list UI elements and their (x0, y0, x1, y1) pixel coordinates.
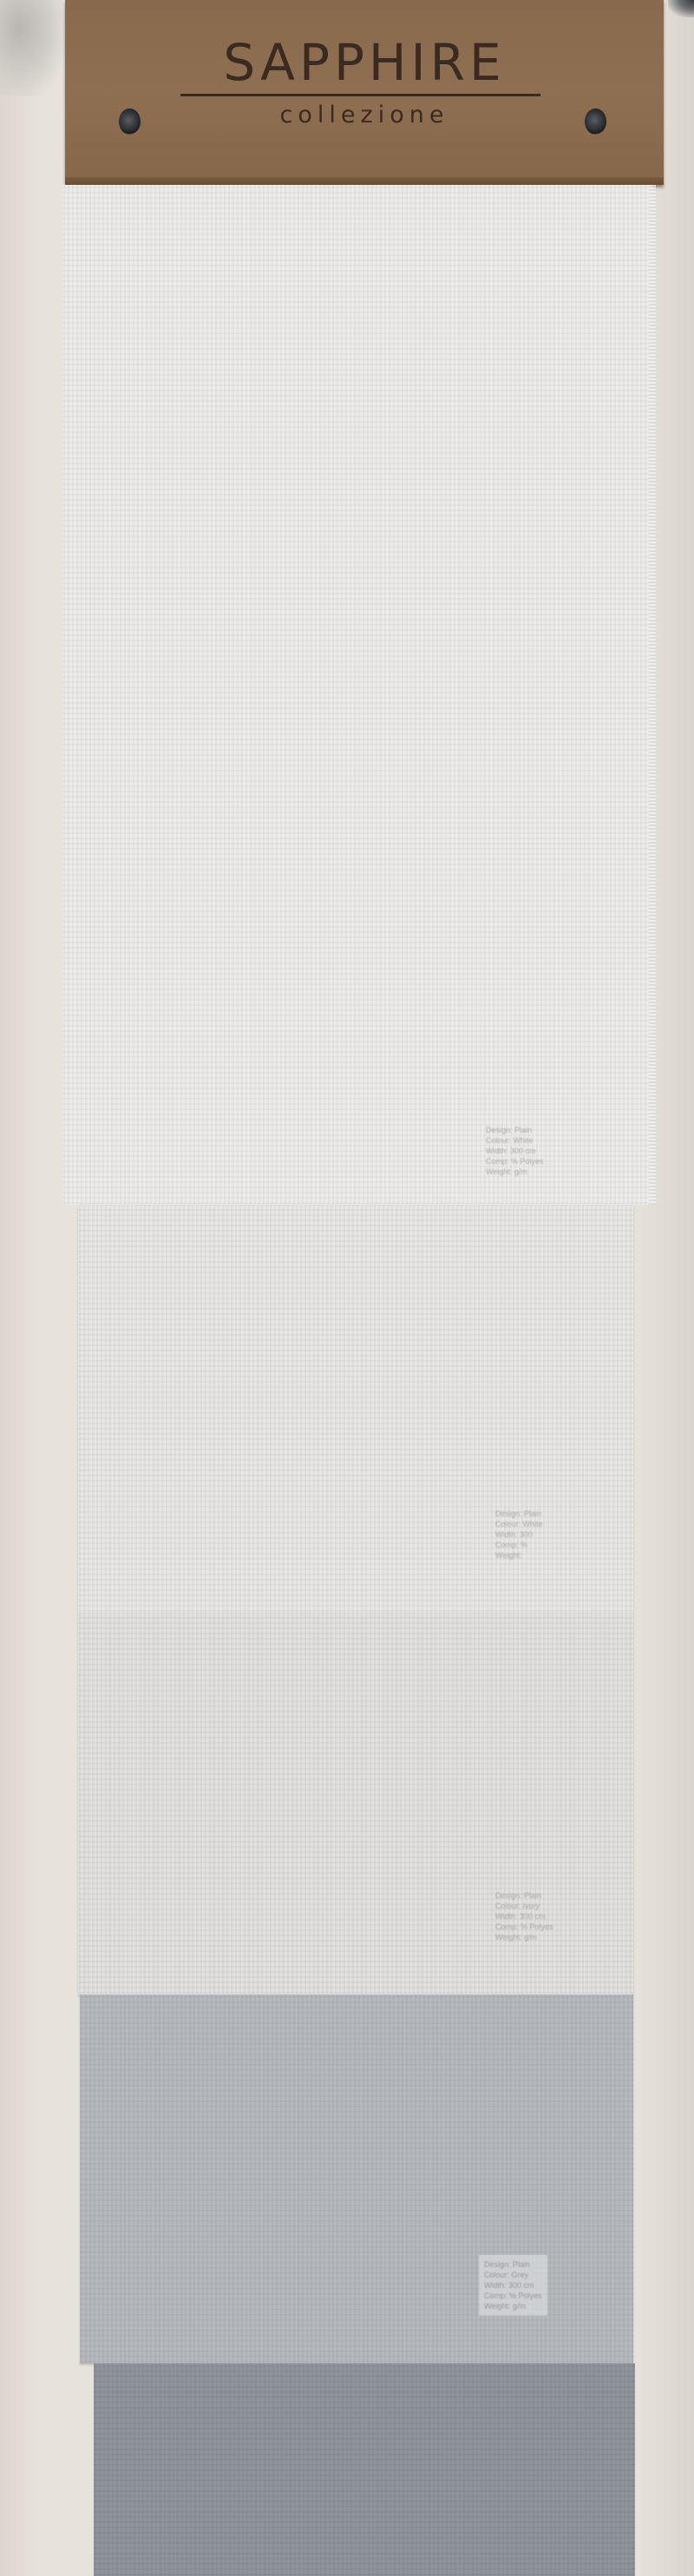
swatch-label: Design: Plain Colour: White Width: 300 C… (490, 1504, 548, 1565)
background-shadow-corner (668, 0, 694, 17)
brand-underline (180, 94, 540, 96)
swatch-label: Design: Plain Colour: White Width: 300 c… (481, 1120, 549, 1181)
brand-name: SAPPHIRE (65, 36, 664, 89)
swatch-label: Design: Plain Colour: Ivory Width: 300 c… (490, 1886, 559, 1947)
brand-subtitle: collezione (65, 102, 664, 128)
fabric-swatch-3: Design: Plain Colour: Ivory Width: 300 c… (78, 1613, 633, 1994)
fabric-swatch-4: Design: Plain Colour: Grey Width: 300 cm… (80, 1994, 633, 2363)
frayed-edge (649, 185, 656, 1205)
swatch-label: Design: Plain Colour: Grey Width: 300 cm… (479, 2255, 547, 2316)
grommet-icon (585, 108, 606, 135)
background-fabric-corner (0, 0, 65, 95)
swatch-book-header: SAPPHIRE collezione (65, 0, 664, 185)
grommet-icon (119, 108, 141, 135)
fabric-swatch-1: Design: Plain Colour: White Width: 300 c… (62, 185, 652, 1205)
fabric-swatch-2: Design: Plain Colour: White Width: 300 C… (78, 1205, 633, 1613)
fabric-swatch-5 (94, 2363, 635, 2576)
